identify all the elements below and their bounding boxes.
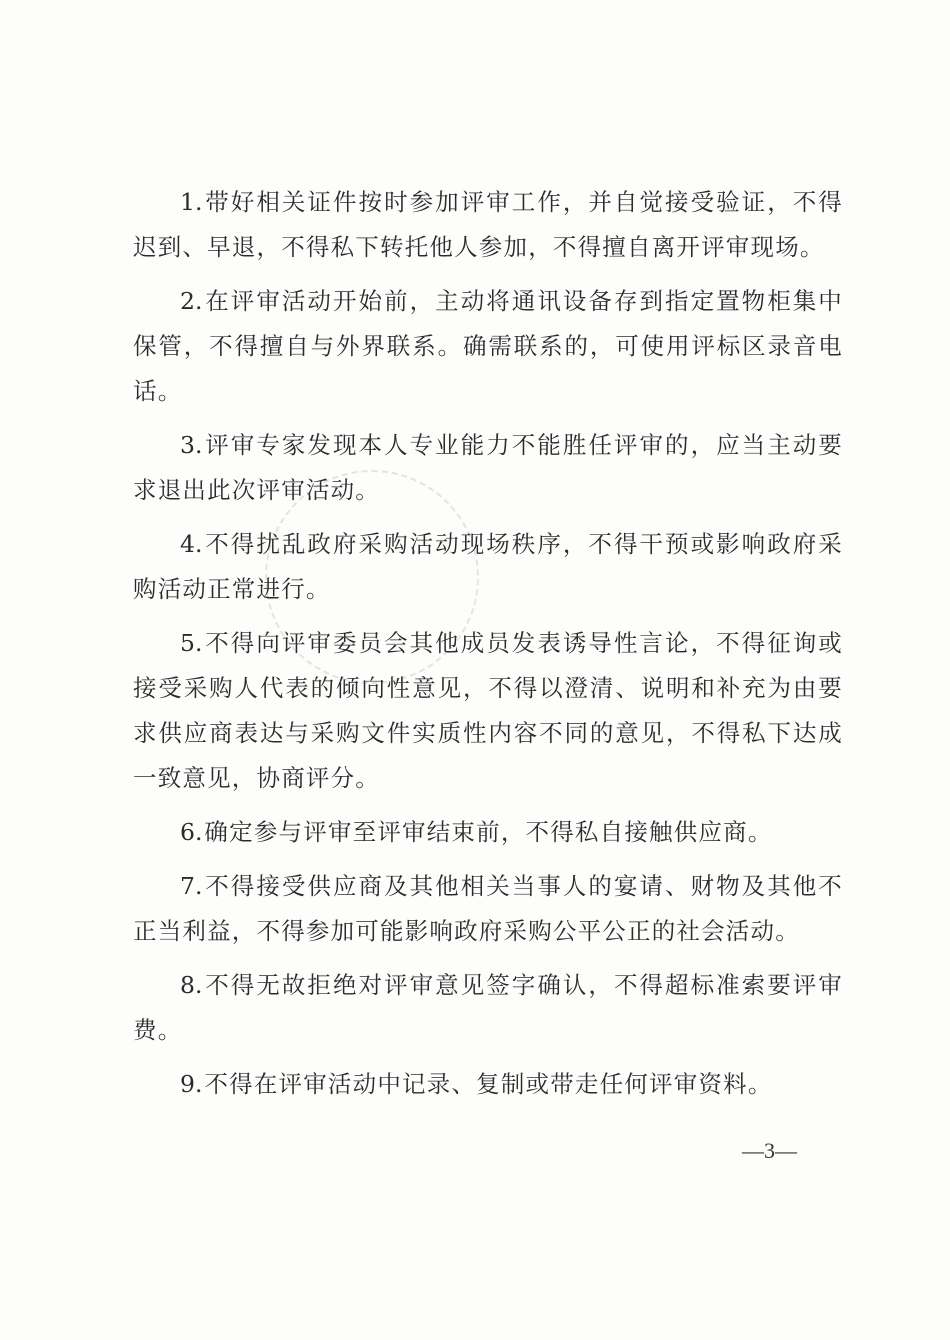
item-text: 在评审活动开始前，主动将通讯设备存到指定置物柜集中保管，不得擅自与外界联系。确需… <box>133 287 843 405</box>
item-number: 7. <box>180 872 202 900</box>
rule-item-6: 6.确定参与评审至评审结束前，不得私自接触供应商。 <box>133 810 843 855</box>
item-number: 1. <box>180 188 202 216</box>
item-number: 5. <box>180 629 202 657</box>
page-number: —3— <box>742 1138 797 1164</box>
item-text: 不得接受供应商及其他相关当事人的宴请、财物及其他不正当利益，不得参加可能影响政府… <box>133 872 843 945</box>
rule-item-7: 7.不得接受供应商及其他相关当事人的宴请、财物及其他不正当利益，不得参加可能影响… <box>133 864 843 954</box>
rule-item-8: 8.不得无故拒绝对评审意见签字确认，不得超标准索要评审费。 <box>133 963 843 1053</box>
rule-item-1: 1.带好相关证件按时参加评审工作，并自觉接受验证，不得迟到、早退，不得私下转托他… <box>133 180 843 270</box>
item-number: 3. <box>180 431 202 459</box>
rule-item-3: 3.评审专家发现本人专业能力不能胜任评审的，应当主动要求退出此次评审活动。 <box>133 423 843 513</box>
item-text: 确定参与评审至评审结束前，不得私自接触供应商。 <box>204 818 772 846</box>
document-body: 1.带好相关证件按时参加评审工作，并自觉接受验证，不得迟到、早退，不得私下转托他… <box>133 180 843 1107</box>
item-number: 4. <box>180 530 202 558</box>
rule-item-4: 4.不得扰乱政府采购活动现场秩序，不得干预或影响政府采购活动正常进行。 <box>133 522 843 612</box>
item-text: 不得无故拒绝对评审意见签字确认，不得超标准索要评审费。 <box>133 971 843 1044</box>
item-text: 评审专家发现本人专业能力不能胜任评审的，应当主动要求退出此次评审活动。 <box>133 431 843 504</box>
item-number: 2. <box>180 287 202 315</box>
item-text: 不得扰乱政府采购活动现场秩序，不得干预或影响政府采购活动正常进行。 <box>133 530 843 603</box>
item-number: 8. <box>180 971 202 999</box>
item-number: 6. <box>180 818 202 846</box>
item-text: 不得向评审委员会其他成员发表诱导性言论，不得征询或接受采购人代表的倾向性意见，不… <box>133 629 843 792</box>
rule-item-9: 9.不得在评审活动中记录、复制或带走任何评审资料。 <box>133 1062 843 1107</box>
item-text: 带好相关证件按时参加评审工作，并自觉接受验证，不得迟到、早退，不得私下转托他人参… <box>133 188 843 261</box>
item-text: 不得在评审活动中记录、复制或带走任何评审资料。 <box>204 1070 772 1098</box>
item-number: 9. <box>180 1070 202 1098</box>
rule-item-2: 2.在评审活动开始前，主动将通讯设备存到指定置物柜集中保管，不得擅自与外界联系。… <box>133 279 843 414</box>
rule-item-5: 5.不得向评审委员会其他成员发表诱导性言论，不得征询或接受采购人代表的倾向性意见… <box>133 621 843 801</box>
